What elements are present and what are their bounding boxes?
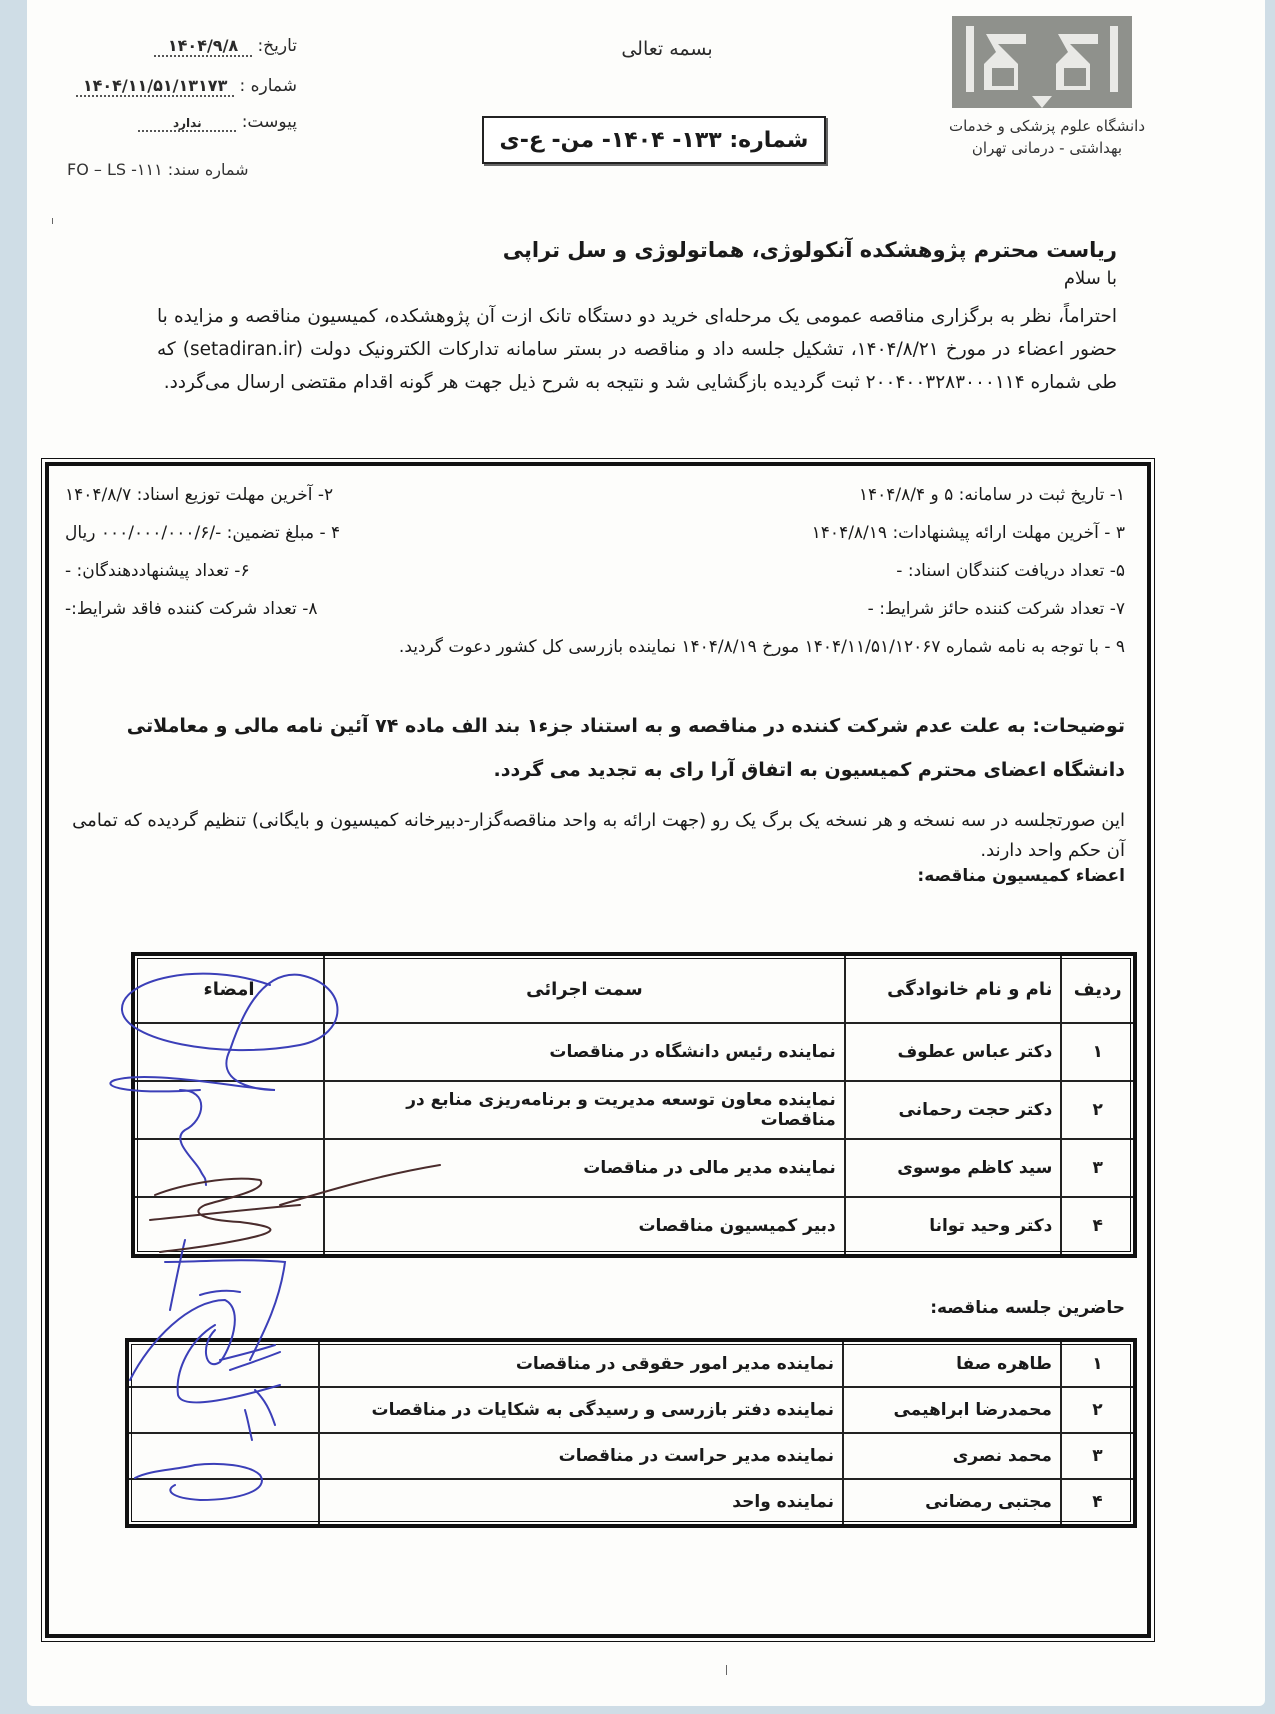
document-code: شماره سند: ۱۱۱- FO – LS	[67, 160, 249, 179]
row-index: ۲	[1061, 1387, 1135, 1433]
scan-mark	[52, 218, 53, 224]
table-row: ۲ دکتر حجت رحمانی نماینده معاون توسعه مد…	[133, 1081, 1135, 1139]
member-name: دکتر وحید توانا	[845, 1197, 1062, 1256]
letter-number-value: ۱۴۰۴/۱۱/۵۱/۱۳۱۷۳	[76, 76, 234, 97]
row-index: ۱	[1061, 1340, 1135, 1387]
detail-qualified-count: ۷- تعداد شرکت کننده حائز شرایط: -	[868, 599, 1125, 619]
detail-bidders-count: ۶- تعداد پیشنهاددهندگان: -	[65, 561, 250, 581]
university-logo-icon	[952, 16, 1132, 108]
table-row: ۴ مجتبی رمضانی نماینده واحد	[127, 1479, 1135, 1526]
column-header-name: نام و نام خانوادگی	[845, 954, 1062, 1023]
member-name: دکتر عباس عطوف	[845, 1023, 1062, 1081]
attendee-name: محمد نصری	[843, 1433, 1061, 1479]
scan-mark	[726, 1665, 727, 1675]
university-name-line1: دانشگاه علوم پزشکی و خدمات	[927, 115, 1167, 137]
bismillah-heading: بسمه تعالی	[567, 38, 767, 60]
member-name: سید کاظم موسوی	[845, 1139, 1062, 1197]
signature-cell	[127, 1479, 319, 1526]
notes-text: توضیحات: به علت عدم شرکت کننده در مناقصه…	[65, 704, 1125, 792]
members-heading: اعضاء کمیسیون مناقصه:	[917, 866, 1125, 886]
members-table: ردیف نام و نام خانوادگی سمت اجرائی امضاء…	[131, 952, 1137, 1258]
row-index: ۴	[1061, 1197, 1135, 1256]
detail-registration-date: ۱- تاریخ ثبت در سامانه: ۵ و ۱۴۰۴/۸/۴	[859, 485, 1125, 505]
document-page: تاریخ: ۱۴۰۴/۹/۸ شماره : ۱۴۰۴/۱۱/۵۱/۱۳۱۷۳…	[27, 0, 1265, 1706]
member-role: دبیر کمیسیون مناقصات	[324, 1197, 845, 1256]
letter-number-field: شماره : ۱۴۰۴/۱۱/۵۱/۱۳۱۷۳	[67, 76, 297, 97]
detail-inspector-invitation: ۹ - با توجه به نامه شماره ۱۴۰۴/۱۱/۵۱/۱۲۰…	[399, 637, 1125, 657]
detail-proposal-deadline: ۳ - آخرین مهلت ارائه پیشنهادات: ۱۴۰۴/۸/۱…	[812, 523, 1125, 543]
signature-cell	[127, 1340, 319, 1387]
letter-number-label: شماره :	[240, 76, 298, 96]
attendees-table: ۱ طاهره صفا نماینده مدیر امور حقوقی در م…	[125, 1338, 1137, 1528]
signature-cell	[127, 1387, 319, 1433]
minutes-copies-note: این صورتجلسه در سه نسخه و هر نسخه یک برگ…	[65, 806, 1125, 866]
table-row: ۱ طاهره صفا نماینده مدیر امور حقوقی در م…	[127, 1340, 1135, 1387]
attendee-name: مجتبی رمضانی	[843, 1479, 1061, 1526]
attendee-role: نماینده مدیر حراست در مناقصات	[319, 1433, 843, 1479]
members-header-row: ردیف نام و نام خانوادگی سمت اجرائی امضاء	[133, 954, 1135, 1023]
detail-unqualified-count: ۸- تعداد شرکت کننده فاقد شرایط:-	[65, 599, 317, 619]
attendee-name: محمدرضا ابراهیمی	[843, 1387, 1061, 1433]
row-index: ۳	[1061, 1433, 1135, 1479]
table-row: ۴ دکتر وحید توانا دبیر کمیسیون مناقصات	[133, 1197, 1135, 1256]
row-index: ۲	[1061, 1081, 1135, 1139]
university-name: دانشگاه علوم پزشکی و خدمات بهداشتی - درم…	[927, 115, 1167, 159]
row-index: ۳	[1061, 1139, 1135, 1197]
signature-cell	[127, 1433, 319, 1479]
row-index: ۱	[1061, 1023, 1135, 1081]
document-number-box: شماره: ۱۳۳- ۱۴۰۴- من- ع-ی	[482, 116, 826, 164]
column-header-signature: امضاء	[133, 954, 324, 1023]
signature-cell	[133, 1023, 324, 1081]
table-row: ۳ محمد نصری نماینده مدیر حراست در مناقصا…	[127, 1433, 1135, 1479]
signature-cell	[133, 1139, 324, 1197]
member-role: نماینده معاون توسعه مدیریت و برنامه‌ریزی…	[324, 1081, 845, 1139]
member-name: دکتر حجت رحمانی	[845, 1081, 1062, 1139]
addressee: ریاست محترم پژوهشکده آنکولوژی، هماتولوژی…	[217, 238, 1117, 262]
detail-doc-receivers-count: ۵- تعداد دریافت کنندگان اسناد: -	[896, 561, 1125, 581]
member-role: نماینده مدیر مالی در مناقصات	[324, 1139, 845, 1197]
column-header-index: ردیف	[1061, 954, 1135, 1023]
greeting: با سلام	[817, 268, 1117, 289]
row-index: ۴	[1061, 1479, 1135, 1526]
attendee-role: نماینده دفتر بازرسی و رسیدگی به شکایات د…	[319, 1387, 843, 1433]
column-header-role: سمت اجرائی	[324, 954, 845, 1023]
table-row: ۳ سید کاظم موسوی نماینده مدیر مالی در من…	[133, 1139, 1135, 1197]
detail-guarantee-amount: ۴ - مبلغ تضمین: -/۰۰۰/۰۰۰/۰۰۰/۶ ریال	[65, 523, 340, 543]
date-label: تاریخ:	[257, 36, 297, 56]
member-role: نماینده رئیس دانشگاه در مناقصات	[324, 1023, 845, 1081]
tender-details: ۱- تاریخ ثبت در سامانه: ۵ و ۱۴۰۴/۸/۴ ۲- …	[65, 476, 1125, 666]
attachment-field: پیوست: ندارد	[67, 112, 297, 132]
attendee-name: طاهره صفا	[843, 1340, 1061, 1387]
date-value: ۱۴۰۴/۹/۸	[154, 36, 252, 57]
table-row: ۲ محمدرضا ابراهیمی نماینده دفتر بازرسی و…	[127, 1387, 1135, 1433]
table-row: ۱ دکتر عباس عطوف نماینده رئیس دانشگاه در…	[133, 1023, 1135, 1081]
date-field: تاریخ: ۱۴۰۴/۹/۸	[67, 36, 297, 57]
signature-cell	[133, 1081, 324, 1139]
detail-doc-distribution-deadline: ۲- آخرین مهلت توزیع اسناد: ۱۴۰۴/۸/۷	[65, 485, 333, 505]
signature-cell	[133, 1197, 324, 1256]
attendee-role: نماینده مدیر امور حقوقی در مناقصات	[319, 1340, 843, 1387]
attendee-role: نماینده واحد	[319, 1479, 843, 1526]
minutes-frame: ۱- تاریخ ثبت در سامانه: ۵ و ۱۴۰۴/۸/۴ ۲- …	[45, 462, 1151, 1638]
attachment-label: پیوست:	[242, 112, 297, 132]
university-name-line2: بهداشتی - درمانی تهران	[927, 137, 1167, 159]
letter-body: احتراماً، نظر به برگزاری مناقصه عمومی یک…	[157, 300, 1117, 399]
attachment-value: ندارد	[138, 116, 236, 132]
attendees-heading: حاضرین جلسه مناقصه:	[930, 1298, 1125, 1318]
